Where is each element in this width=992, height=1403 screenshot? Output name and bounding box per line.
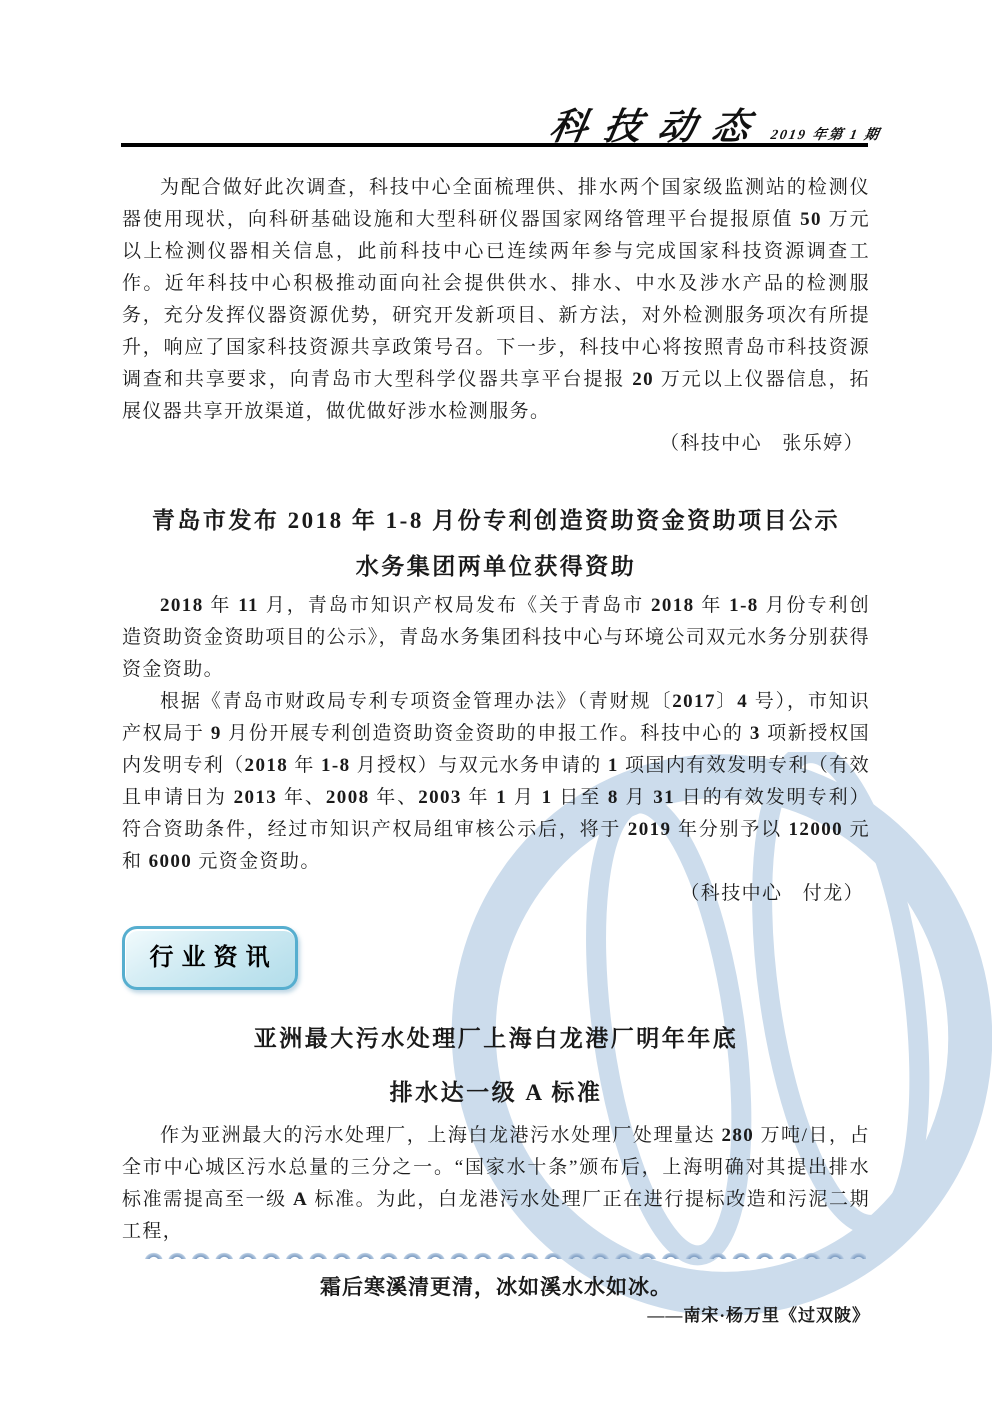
content-column: 为配合做好此次调查，科技中心全面梳理供、排水两个国家级监测站的检测仪器使用现状，… bbox=[122, 172, 870, 1248]
masthead-title: 科技动态 bbox=[546, 107, 769, 148]
article3-paragraph: 作为亚洲最大的污水处理厂，上海白龙港污水处理厂处理量达 280 万吨/日，占全市… bbox=[122, 1120, 870, 1248]
article3-title-line2: 排水达一级 A 标准 bbox=[122, 1066, 870, 1120]
article2-title-line2: 水务集团两单位获得资助 bbox=[122, 544, 870, 590]
article2-title-line1: 青岛市发布 2018 年 1-8 月份专利创造资助资金资助项目公示 bbox=[122, 498, 870, 544]
footer-attribution: ——南宋·杨万里《过双陂》 bbox=[647, 1301, 870, 1326]
footer-quote: 霜后寒溪清更清，冰如溪水水如冰。 bbox=[0, 1271, 992, 1301]
masthead: 科技动态 2019 年第 1 期 bbox=[546, 96, 887, 150]
section-badge-industry-news: 行 业 资 讯 bbox=[122, 926, 298, 990]
wave-divider bbox=[142, 1247, 866, 1259]
article2-paragraph-1: 2018 年 11 月，青岛市知识产权局发布《关于青岛市 2018 年 1-8 … bbox=[122, 590, 870, 686]
article3-title-line1: 亚洲最大污水处理厂上海白龙港厂明年年底 bbox=[122, 1012, 870, 1066]
header-rule bbox=[121, 143, 868, 147]
document-page: { "masthead": { "title": "科技动态", "issue"… bbox=[0, 0, 992, 1403]
masthead-issue: 2019 年第 1 期 bbox=[769, 128, 881, 143]
section-badge-label: 行 业 资 讯 bbox=[150, 942, 271, 974]
article1-byline: （科技中心 张乐婷） bbox=[122, 428, 870, 460]
article1-paragraph: 为配合做好此次调查，科技中心全面梳理供、排水两个国家级监测站的检测仪器使用现状，… bbox=[122, 172, 870, 428]
article2-paragraph-2: 根据《青岛市财政局专利专项资金管理办法》（青财规〔2017〕4 号），市知识产权… bbox=[122, 686, 870, 878]
article2-byline: （科技中心 付龙） bbox=[122, 878, 870, 910]
